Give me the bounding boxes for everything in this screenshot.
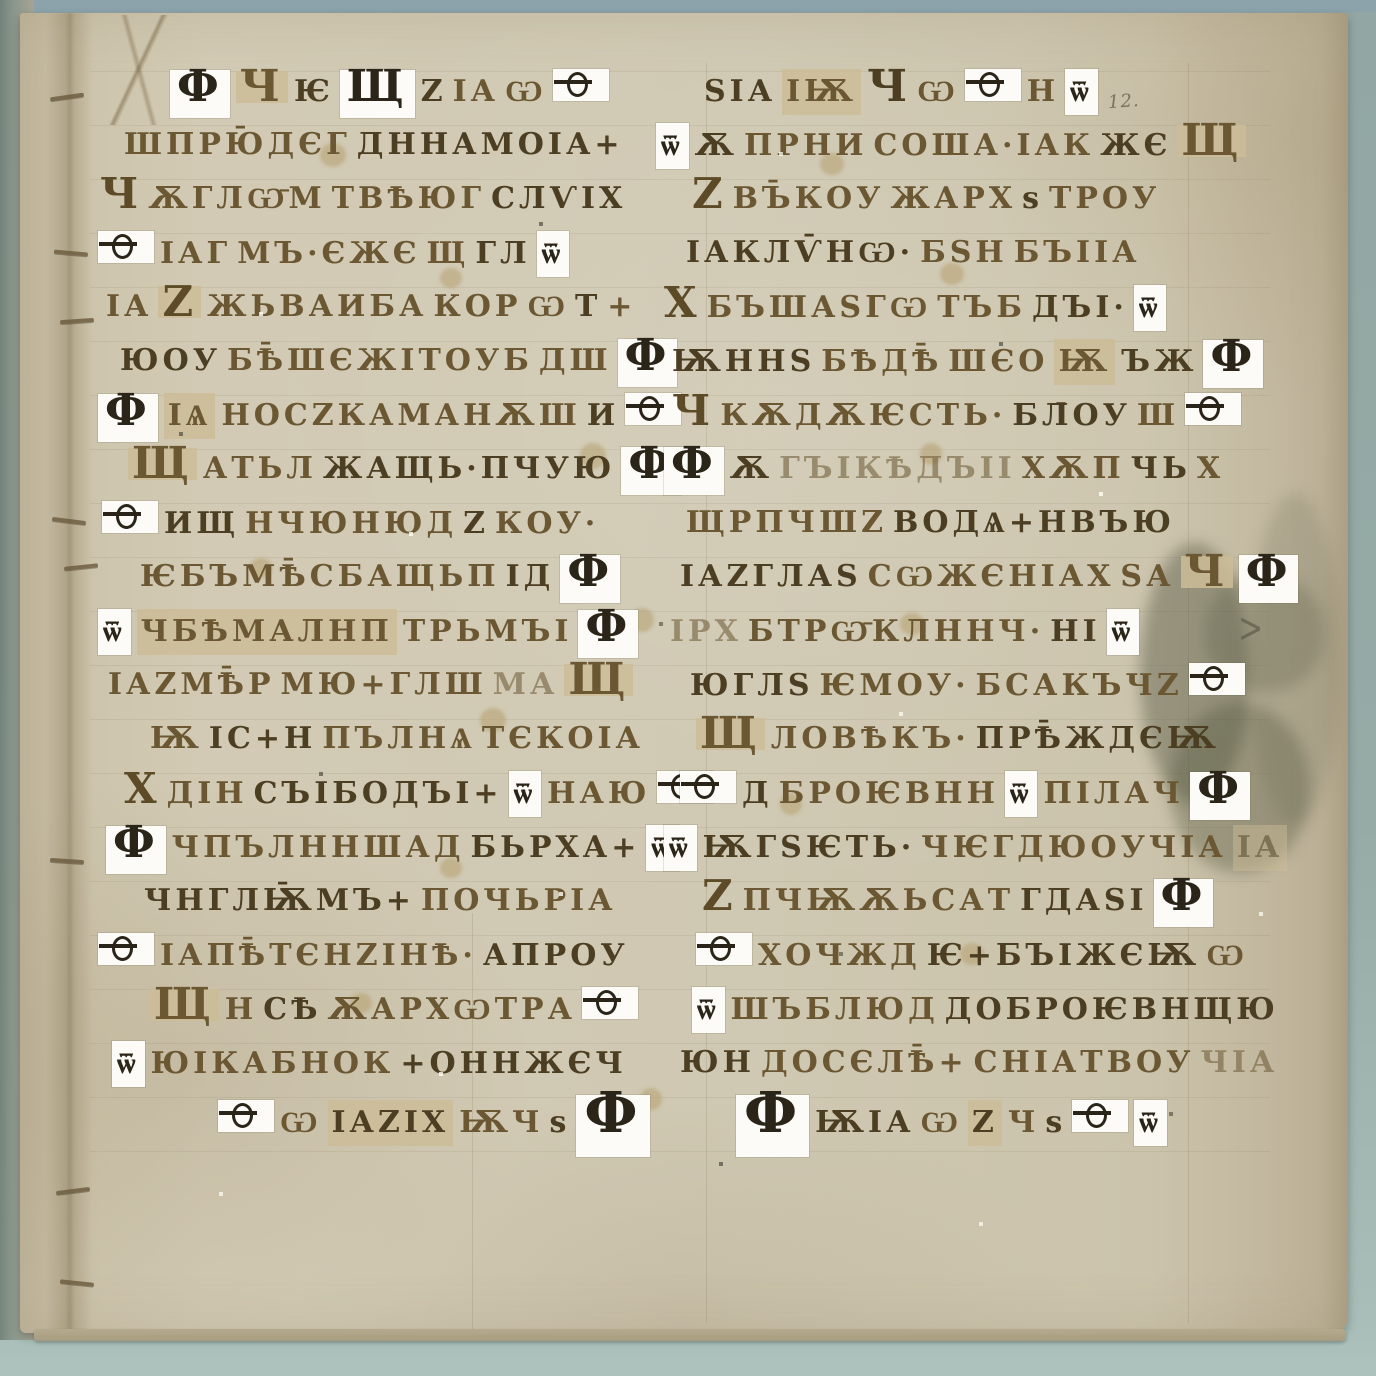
text-segment: ѿ [537, 231, 570, 277]
text-segment: ЖЬВАИБА [207, 285, 427, 329]
text-segment: БЬРХА+ [471, 826, 641, 870]
text-segment: ѿ [692, 987, 725, 1033]
text-line: ХДІНСЪІБОДЪІ+ѿНАЮ [98, 771, 678, 825]
text-segment: КѪДѪѤСТЬ· [720, 394, 1006, 438]
text-line: ШПРЮ̄ДЄГДННАМОІА+ [98, 123, 678, 177]
text-segment: ѿ [1134, 1100, 1167, 1146]
text-segment: СЛѴІХ [491, 177, 626, 221]
text-line: ЩРПЧШZВОДѦ+НВЪЮ [656, 501, 1276, 555]
text-segment: НЧЮНЮД [245, 502, 457, 546]
text-segment: Ч [1181, 556, 1233, 588]
text-segment: Х [1197, 447, 1224, 491]
text-segment: ДЪІ· [1032, 286, 1128, 330]
text-segment: БЅН [920, 231, 1008, 275]
text-segment: ХОЧЖД [758, 934, 921, 978]
text-segment: Щ [340, 70, 415, 118]
text-segment: ЧПЪЛННШАД [172, 826, 465, 870]
manuscript-page: ФЧѤЩZІАѠШПРЮ̄ДЄГДННАМОІА+ЧѪГЛѠ̄МТВѢЮГСЛѴ… [20, 13, 1348, 1333]
text-segment: СѠЖЄНІАХ [868, 555, 1115, 599]
text-segment: ЅА [1120, 555, 1174, 599]
text-segment: ѿ [1134, 285, 1167, 331]
text-segment: ДННАМОІА+ [357, 123, 624, 167]
text-segment: ЛОВѢКЪ· [771, 717, 970, 761]
text-segment: Ф [664, 447, 724, 495]
text-segment: ШПРЮ̄ДЄГ [124, 123, 351, 167]
text-segment: ѿ [1005, 771, 1038, 817]
text-segment: Ч [236, 71, 288, 103]
column-right: ЅІАІѬЧѠНѿѿѪПРНИСОША·ІАКЖЄЩZВЪ̄КОУЖАРХѕТР… [656, 69, 1276, 1149]
fita-glyph [696, 933, 752, 965]
text-segment: Ф [736, 1095, 809, 1157]
text-segment: Щ [150, 989, 219, 1021]
text-segment: Ѡ [1206, 934, 1248, 978]
text-segment: ПРНИ [744, 124, 868, 168]
text-segment: ШЪБЛЮД [731, 988, 939, 1032]
text-segment: Н [225, 988, 257, 1032]
text-segment: ВОДѦ+НВЪЮ [893, 501, 1175, 545]
fita-glyph [965, 69, 1021, 101]
text-segment: НІ [1050, 610, 1100, 654]
text-segment: ПЪЛНѦ [322, 717, 476, 761]
text-line: ZВЪ̄КОУЖАРХѕТРОУ [656, 177, 1276, 231]
text-line: ФЧѤЩZІАѠ [98, 69, 678, 123]
text-segment: ГЛ [475, 232, 530, 276]
text-segment: СѢ [263, 988, 321, 1032]
text-segment: ГЪІКѢДЪІІ [779, 447, 1016, 491]
text-segment: Ѫ [695, 124, 738, 168]
text-segment: ЧѤГДЮОУЧІА [921, 826, 1227, 870]
photo-noise [20, 13, 22, 15]
text-line: ІРХБТРѠ̄КЛННЧ·НІѿ [656, 609, 1276, 663]
text-segment: ІА [106, 285, 152, 329]
text-segment: Z [158, 286, 201, 318]
text-segment: ѪГЛѠ̄М [148, 177, 325, 221]
text-segment: ІА [453, 70, 499, 114]
text-segment: Ф [98, 394, 158, 442]
text-line: ЧѪГЛѠ̄МТВѢЮГСЛѴІХ [98, 177, 678, 231]
text-segment: БРОѤВНН [779, 772, 999, 816]
text-line: ЮОУБѢ̄ШЄЖІТОУБДШФ [98, 339, 678, 393]
text-segment: ІАZГЛАЅ [680, 555, 862, 599]
text-line: ФѬІАѠZЧѕѿ [656, 1095, 1276, 1149]
text-segment: ЮГЛЅ [690, 664, 814, 708]
text-segment: Ѭ [150, 717, 203, 761]
text-segment: Д [742, 772, 773, 816]
text-segment: ЖАЩЬ·ПЧУЮ [323, 447, 615, 491]
text-segment: Ф [576, 1095, 649, 1157]
folio-number: 12. [1107, 90, 1140, 113]
binding-fold [46, 13, 92, 1333]
text-segment: Ч [1008, 1101, 1039, 1145]
text-segment: Ф [1203, 340, 1263, 388]
text-segment: ІАГ [160, 232, 231, 276]
text-segment: Ф [1190, 772, 1250, 820]
text-segment: СОША·ІАК [874, 124, 1095, 168]
text-segment: Ф [1154, 879, 1214, 927]
text-segment: КОУ· [495, 502, 599, 546]
text-segment: ІѬ [782, 69, 861, 115]
text-segment: БСАКЪЧZ [976, 664, 1183, 708]
text-segment: ІАZМѢ̄Р [108, 663, 275, 707]
text-segment: Щ [1177, 125, 1246, 157]
text-segment: ѿ [1107, 609, 1140, 655]
text-segment: ѬІА [815, 1101, 914, 1145]
text-segment: ХѪП [1022, 447, 1125, 491]
text-segment: ѕ [1022, 177, 1043, 221]
text-line: ЧНГЛѬ̄МЪ+ПОЧЬРІА [98, 879, 678, 933]
text-segment: ЪЖ [1121, 340, 1197, 384]
text-segment: ѿ [656, 123, 689, 169]
text-segment: ѬГЅѤТЬ· [703, 826, 916, 870]
text-segment: Ч [672, 396, 714, 426]
text-segment: Ф [170, 70, 230, 118]
text-line: ХБЪШАЅГѠТЪБДЪІ·ѿ [656, 285, 1276, 339]
text-segment: ЧЬ [1131, 447, 1191, 491]
text-line: ЩЛОВѢКЪ·ПРѢ̄ЖДЄѬ [656, 717, 1276, 771]
text-segment: ШЄО [948, 340, 1048, 384]
text-segment: МЮ+ГЛШ [281, 663, 487, 707]
text-segment: Ч [100, 179, 142, 209]
fita-glyph [1189, 663, 1245, 695]
text-line: ДБРОѤВННѿПІЛАЧФ [656, 771, 1276, 825]
text-segment: ЅІА [704, 70, 776, 114]
text-segment: + [607, 285, 636, 329]
text-segment: Z [463, 502, 489, 546]
text-segment: БЪІІА [1014, 231, 1141, 275]
text-line: ѿШЪБЛЮДДОБРОѤВНЩЮ [656, 987, 1276, 1041]
text-segment: Z [692, 179, 727, 209]
text-line: ѬІС+НПЪЛНѦТЄКОІА [98, 717, 678, 771]
text-segment: ѿ [112, 1041, 145, 1087]
text-segment: ѤБЪМѢ̄СБАЩЬП [140, 555, 500, 599]
text-line: ІАКЛѴ̄НѠ·БЅНБЪІІА [656, 231, 1276, 285]
text-segment: Щ [564, 664, 633, 696]
text-segment: АТЬЛ [203, 447, 317, 491]
text-segment: МЪ·ЄЖЄ [237, 232, 420, 276]
text-line: ФЧПЪЛННШАДБЬРХА+ѿ [98, 825, 678, 879]
text-segment: ІАZІХ [328, 1100, 454, 1146]
fita-glyph [98, 231, 154, 263]
text-segment: ѬННЅ [672, 340, 815, 384]
text-segment: ТВѢЮГ [332, 177, 485, 221]
text-segment: ЮН [680, 1041, 755, 1085]
text-segment: БТРѠ̄КЛННЧ· [748, 610, 1044, 654]
text-segment: ДШ [539, 339, 612, 383]
text-segment: ІС+Н [209, 717, 316, 761]
fita-glyph [1185, 393, 1241, 425]
text-segment: ПРѢ̄ЖДЄѬ [976, 717, 1220, 761]
text-line: ІАZГЛАЅСѠЖЄНІАХЅАЧФ [656, 555, 1276, 609]
text-segment: ПОЧЬРІА [421, 879, 617, 923]
text-segment: ЖАРХ [891, 177, 1017, 221]
text-segment: И [587, 394, 619, 438]
text-segment: Ф [106, 826, 166, 874]
text-segment: ДОБРОѤВНЩЮ [945, 988, 1279, 1032]
text-segment: ИЩ [164, 502, 239, 546]
fita-glyph [680, 771, 736, 803]
text-segment: ТРОУ [1049, 177, 1160, 221]
text-segment: ІА [1233, 825, 1287, 871]
text-segment: Ф [560, 555, 620, 603]
text-line: ІАZМѢ̄РМЮ+ГЛШМАЩ [98, 663, 678, 717]
text-segment: ПІЛАЧ [1043, 772, 1184, 816]
text-segment: ѕ [550, 1101, 571, 1145]
text-line: ЩАТЬЛЖАЩЬ·ПЧУЮФ [98, 447, 678, 501]
text-segment: ДОСЄЛѢ̄+ [761, 1041, 968, 1085]
text-segment: МА [493, 663, 559, 707]
fita-glyph [582, 987, 638, 1019]
text-segment: Ш [1137, 394, 1179, 438]
text-segment: Ѡ [921, 1101, 963, 1145]
text-segment: ѿ [509, 771, 542, 817]
text-line: ZПЧѬѪЬСАТГДАЅІФ [656, 879, 1276, 933]
text-line: ЩНСѢѪАРХѠТРА [98, 987, 678, 1041]
text-segment: БѢДѢ̄ [821, 340, 942, 384]
text-segment: Т [575, 285, 601, 329]
text-segment: Ф [578, 610, 638, 658]
text-segment: Ѥ [294, 70, 334, 114]
text-segment: ЮОУ [120, 339, 221, 383]
fita-glyph [218, 1100, 274, 1132]
text-segment: ПЧѬѪЬСАТ [743, 879, 1014, 923]
manuscript-photo: ФЧѤЩZІАѠШПРЮ̄ДЄГДННАМОІА+ЧѪГЛѠ̄МТВѢЮГСЛѴ… [0, 0, 1376, 1376]
fita-glyph [98, 933, 154, 965]
text-segment: ѕ [1045, 1101, 1066, 1145]
text-line: ФѪГЪІКѢДЪІІХѪПЧЬХ [656, 447, 1276, 501]
text-line: ѿѪПРНИСОША·ІАКЖЄЩ [656, 123, 1276, 177]
text-line: ѠІАZІХѬЧѕФ [98, 1095, 678, 1149]
text-segment: ІАПѢ̄ТЄНZІНѢ· [160, 934, 477, 978]
text-segment: Ф [1239, 555, 1299, 603]
text-segment: Ѡ [280, 1101, 322, 1145]
text-segment: КОР [433, 285, 521, 329]
text-segment: ЧІА [1200, 1041, 1278, 1085]
text-segment: Ѡ [917, 70, 959, 114]
text-segment: ЧНГЛѬ̄МЪ+ [144, 879, 415, 923]
text-segment: ЮІКАБНОК [151, 1042, 395, 1086]
text-segment: НАЮ [547, 772, 650, 816]
text-segment: ЩРПЧШZ [686, 501, 887, 545]
text-segment: ЖЄ [1100, 124, 1171, 168]
text-segment: ТРЬМЪІ [403, 610, 573, 654]
text-segment: ДІН [167, 772, 248, 816]
text-segment: Х [124, 774, 161, 804]
text-segment: ѿ [664, 825, 697, 871]
text-line: ІАZЖЬВАИБАКОРѠТ+ [98, 285, 678, 339]
text-line: ѬННЅБѢДѢ̄ШЄОѬЪЖФ [656, 339, 1276, 393]
text-segment: ѤМОУ· [820, 664, 970, 708]
text-segment: ТЄКОІА [482, 717, 644, 761]
text-segment: БѢ̄ШЄЖІТОУБ [227, 339, 533, 383]
text-segment: ГДАЅІ [1020, 879, 1148, 923]
text-segment: БЛ̄ОУ [1012, 394, 1131, 438]
text-segment: ТЪБ [937, 286, 1026, 330]
text-segment: ѪАРХѠТРА [328, 988, 576, 1032]
text-segment: БЪШАЅГѠ [707, 286, 932, 330]
text-line: ХОЧЖДѤ+БЪІЖЄѬѠ [656, 933, 1276, 987]
fita-glyph [1072, 1100, 1128, 1132]
fita-glyph [102, 501, 158, 533]
text-segment: НОСZКАМАНѪШ [221, 394, 580, 438]
column-left: ФЧѤЩZІАѠШПРЮ̄ДЄГДННАМОІА+ЧѪГЛѠ̄МТВѢЮГСЛѴ… [98, 69, 678, 1149]
text-segment: Z [702, 881, 737, 911]
pen-mark: > [1238, 604, 1263, 653]
text-line: ЧКѪДѪѤСТЬ·БЛ̄ОУШ [656, 393, 1276, 447]
text-segment: Ѭ [1054, 339, 1115, 385]
text-segment: ѿ [98, 609, 131, 655]
text-segment: Ѡ [527, 285, 569, 329]
text-segment: Щ [427, 232, 470, 276]
text-segment: АПРОУ [483, 934, 629, 978]
text-segment: Щ [128, 448, 197, 480]
text-segment: ѿ [1065, 69, 1098, 115]
fita-glyph [553, 69, 609, 101]
text-segment: Z [421, 70, 447, 114]
text-segment: ѬЧ [459, 1101, 543, 1145]
text-segment: Х [664, 288, 701, 318]
text-segment: СЪІБОДЪІ+ [254, 772, 503, 816]
text-segment: ЧБѢМАЛНП [137, 609, 397, 655]
text-segment: Ѡ [505, 70, 547, 114]
text-segment: ІАКЛѴ̄НѠ· [686, 231, 914, 275]
text-segment: Ѫ [730, 447, 773, 491]
text-segment: Z [968, 1100, 1002, 1146]
text-segment: Щ [696, 718, 765, 750]
text-segment: Н [1027, 70, 1059, 114]
text-segment: ІРХ [670, 610, 742, 654]
text-segment: ІѦ [164, 393, 216, 439]
text-segment: ІД [506, 555, 555, 599]
text-segment: Ѥ+БЪІЖЄѬ [927, 934, 1201, 978]
text-segment: СНІАТВОУ [974, 1041, 1195, 1085]
text-segment: ВЪ̄КОУ [733, 177, 885, 221]
text-segment: Ч [867, 72, 911, 102]
